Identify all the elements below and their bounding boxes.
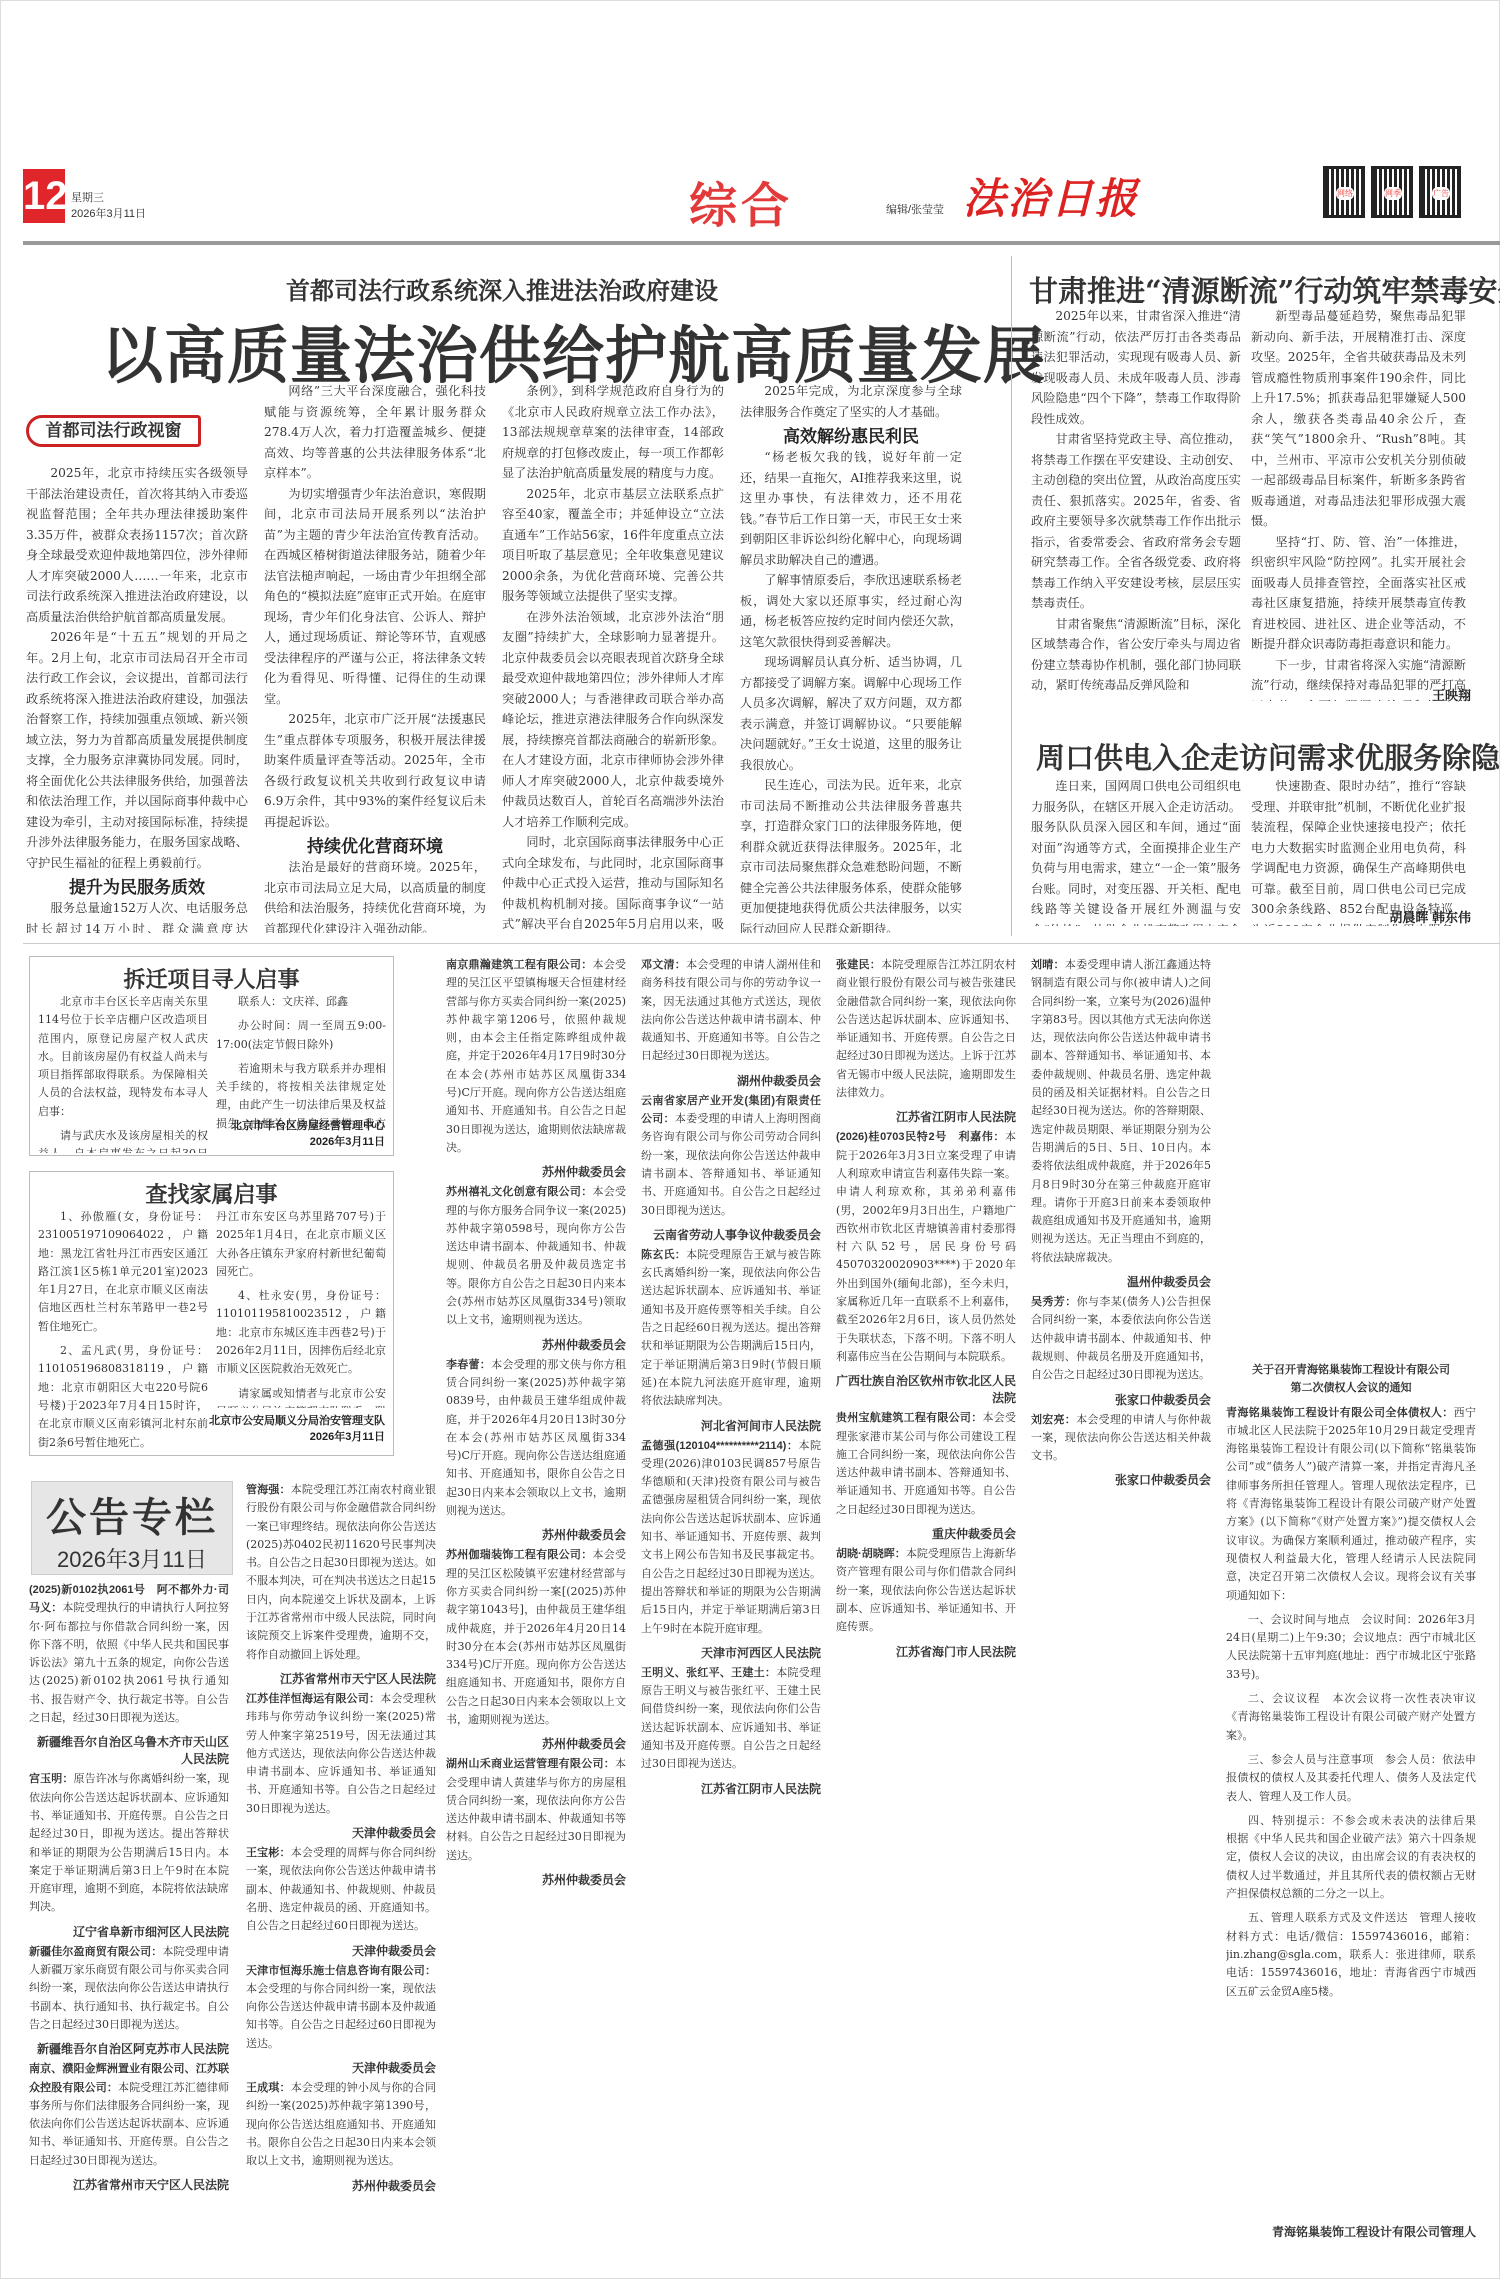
notice-addressee: 青海铭巢装饰工程设计有限公司全体债权人：	[1226, 1407, 1454, 1419]
zhoukou-column-2: 快速勘查、限时办结”，推行“容缺受理、并联审批”机制，不断优化业扩报装流程，保障…	[1251, 776, 1466, 926]
notice-addressee: 王明义、张红平、王建土：	[641, 1667, 776, 1679]
notice-signer: 苏州仲裁委员会	[446, 1871, 626, 1888]
notice-item: 湖州山禾商业运营管理有限公司：本会受理申请人黄建华与你方的房屋租赁合同纠纷一案，…	[446, 1755, 626, 1865]
qr-label: 网络	[1336, 187, 1354, 200]
notice-addressee: 吴秀芳：	[1031, 1296, 1077, 1308]
qr-code-icon[interactable]: 网络	[1323, 166, 1365, 218]
notice-item: 刘宏亮：本会受理的申请人与你仲裁一案，现依法向你公告送达相关仲裁文书。	[1031, 1411, 1211, 1466]
paragraph: 网络”三大平台深度融合，强化科技赋能与资源统筹，全年累计服务群众278.4万人次…	[264, 381, 486, 484]
article-subheading: 高效解纷惠民利民	[740, 422, 962, 447]
notice-addressee: 孟德强(120104**********2114)：	[641, 1440, 798, 1452]
notice-item: 王成琪：本会受理的钟小凤与你的合同纠纷一案(2025)苏仲裁字第1390号，现向…	[246, 2079, 436, 2170]
banner-title: 公告专栏	[32, 1486, 232, 1543]
paragraph: 丹江市东安区乌苏里路707号)于2025年1月4日，在北京市顺义区大孙各庄镇东尹…	[216, 1208, 386, 1281]
notice-body: 二、会议议程 本次会议将一次性表决审议《青海铭巢装饰工程设计有限公司破产财产处置…	[1226, 1690, 1476, 1745]
notice-signer: 天津仲裁委员会	[246, 1824, 436, 1841]
article-column-1: 2025年，北京市持续压实各级领导干部法治建设责任，首次将其纳入市委巡视监督范围…	[26, 463, 248, 933]
notice-item: 邓文清：本会受理的申请人湖州佳和商务科技有限公司与你的劳动争议一案，因无法通过其…	[641, 956, 821, 1066]
article-column-4: 2025年完成，为北京深度参与全球法律服务合作奠定了坚实的人才基础。 高效解纷惠…	[740, 381, 962, 933]
notice-item: (2026)桂0703民特2号 利嘉伟：本院于2026年3月3日立案受理了申请人…	[836, 1128, 1016, 1366]
notice-signer: 张家口仲裁委员会	[1031, 1391, 1211, 1408]
gansu-byline: 王映翔	[1371, 685, 1491, 704]
notice-signer: 辽宁省阜新市细河区人民法院	[29, 1923, 229, 1940]
notice-item: 管海强：本院受理江苏江南农村商业银行股份有限公司与你金融借款合同纠纷一案已审理终…	[246, 1481, 436, 1664]
notice-column-e: 张建民：本院受理原告江苏江阴农村商业银行股份有限公司与被告张建民金融借款合同纠纷…	[836, 956, 1016, 2271]
weekday: 星期三	[71, 189, 104, 205]
notice-title: 查找家属启事	[30, 1178, 393, 1209]
paragraph: 在涉外法治领域，北京涉外法治“朋友圈”持续扩大，全球影响力显著提升。北京仲裁委员…	[502, 607, 724, 833]
notice-addressee: 宫玉明：	[29, 1773, 73, 1785]
notice-addressee: 苏州禧礼文化创意有限公司：	[446, 1186, 592, 1198]
zhoukou-headline: 周口供电入企走访问需求优服务除隐患	[1036, 736, 1500, 777]
notice-addressee: 新疆佳尔盈商贸有限公司：	[29, 1946, 162, 1958]
newspaper-page: 12 星期三 2026年3月11日 综合 编辑/张莹莹 法治日报 网络 网季 广…	[0, 0, 1500, 2279]
notice-addressee: 管海强：	[246, 1484, 291, 1496]
notice-addressee: 王宝彬：	[246, 1847, 291, 1859]
paragraph: 民生连心，司法为民。近年来，北京市司法局不断推动公共法律服务普惠共享，打造群众家…	[740, 775, 962, 933]
notice-item: 苏州伽瑞装饰工程有限公司：本会受理的吴江区松陵镇平宏建材经营部与你方买卖合同纠纷…	[446, 1546, 626, 1729]
notice-body: 本会受理的吴江区松陵镇平宏建材经营部与你方买卖合同纠纷一案[(2025)苏仲裁字…	[446, 1548, 626, 1726]
banner-date: 2026年3月11日	[32, 1543, 232, 1574]
notice-signer: 温州仲裁委员会	[1031, 1273, 1211, 1290]
notice-title: 关于召开青海铭巢装饰工程设计有限公司	[1226, 1361, 1476, 1379]
notice-item: 江苏佳洋恒海运有限公司：本会受理秋玮玮与你劳动争议纠纷一案(2025)常劳人仲案…	[246, 1690, 436, 1818]
paragraph: 2025年完成，为北京深度参与全球法律服务合作奠定了坚实的人才基础。	[740, 381, 962, 422]
notice-body: 本院受理江苏江南农村商业银行股份有限公司与你金融借款合同纠纷一案已审理终结。现依…	[246, 1483, 436, 1661]
notice-item: 青海铭巢装饰工程设计有限公司全体债权人：西宁市城北区人民法院于2025年10月2…	[1226, 1404, 1476, 1605]
notice-item: 新疆佳尔盈商贸有限公司：本院受理申请人新疆万家乐商贸有限公司与你买卖合同纠纷一案…	[29, 1943, 229, 2034]
notice-body: 五、管理人联系方式及文件送达 管理人接收材料方式：电话/微信：155974360…	[1226, 1909, 1476, 2000]
notice-signer: 张家口仲裁委员会	[1031, 1471, 1211, 1488]
gansu-column-1: 2025年以来，甘肃省深入推进“清源断流”行动，依法严厉打击各类毒品违法犯罪活动…	[1031, 306, 1241, 701]
qinghai-creditors-notice: 关于召开青海铭巢装饰工程设计有限公司 第二次债权人会议的通知 青海铭巢装饰工程设…	[1226, 1361, 1476, 2231]
paragraph: 2025年，北京市广泛开展“法援惠民生”重点群体专项服务，积极开展法律援助案件质…	[264, 709, 486, 832]
paragraph: 新型毒品蔓延趋势，聚焦毒品犯罪新动向、新手法，开展精准打击、深度攻坚。2025年…	[1251, 306, 1466, 532]
paragraph: 同时，北京国际商事法律服务中心正式向全球发布，与此同时，北京国际商事仲裁中心正式…	[502, 832, 724, 933]
section-badge-label: 首都司法行政视窗	[29, 418, 198, 444]
paragraph: “杨老板欠我的钱，说好年前一定还，结果一直拖欠，AI推荐我来这里，说这里办事快，…	[740, 447, 962, 570]
notice-column: 1、孙傲雁(女，身份证号：231005197109064022，户籍地：黑龙江省…	[38, 1208, 208, 1453]
notice-signer: 湖州仲裁委员会	[641, 1072, 821, 1089]
signer-date: 2026年3月11日	[231, 1133, 385, 1149]
notice-body: 三、参会人员与注意事项 参会人员：依法申报债权的债权人及其委托代理人、债务人及法…	[1226, 1751, 1476, 1806]
notice-item: 刘晴：本委受理申请人浙江鑫通达特钢制造有限公司与你(被申请人)之间合同纠纷一案，…	[1031, 956, 1211, 1267]
notice-signer: 苏州仲裁委员会	[446, 1336, 626, 1353]
notice-item: 贵州宝航建筑工程有限公司：本会受理张家港市某公司与你公司建设工程施工合同纠纷一案…	[836, 1409, 1016, 1519]
masthead-logo: 法治日报	[963, 166, 1139, 226]
notice-body: 本会受理的那文侠与你方租赁合同纠纷一案(2025)苏仲裁字第0839号，由仲裁员…	[446, 1358, 626, 1517]
notice-body: 本会受理的与你方服务合同争议一案(2025)苏仲裁字第0598号，现向你方公告送…	[446, 1185, 626, 1326]
paragraph: 2025年，北京市基层立法联系点扩容至40家，覆盖全市；并延伸设立“立法直通车”…	[502, 484, 724, 607]
notice-addressee: 王成琪：	[246, 2082, 291, 2094]
paragraph: 请家属或知情者与北京市公安局顺义分局治安管理支队联系。联系人：刘警官，联系电话：…	[216, 1385, 386, 1408]
header-divider	[23, 241, 1500, 245]
notice-signer: 江苏省江阴市人民法院	[641, 1780, 821, 1797]
signer-date: 2026年3月11日	[209, 1428, 385, 1444]
qr-code-icon[interactable]: 网季	[1371, 166, 1413, 218]
paragraph: 北京市丰台区长辛店南关东里114号位于长辛店棚户区改造项目范围内，原登记房屋产权…	[38, 993, 208, 1121]
notice-addressee: 刘宏亮：	[1031, 1414, 1076, 1426]
notice-addressee: (2026)桂0703民特2号 利嘉伟：	[836, 1131, 1005, 1143]
notice-signer: 江苏省江阴市人民法院	[836, 1108, 1016, 1125]
article-subheading: 提升为民服务质效	[26, 873, 248, 898]
notice-item: 天津市恒海乐施士信息咨询有限公司：本会受理的与你合同纠纷一案，现依法向你公告送达…	[246, 1962, 436, 2053]
editor-credit: 编辑/张莹莹	[886, 201, 944, 217]
notice-column: 联系人：文庆祥、邱鑫 办公时间：周一至周五9:00-17:00(法定节假日除外)…	[216, 993, 386, 1133]
notice-item: 陈玄氏：本院受理原告王斌与被告陈玄氏离婚纠纷一案，现依法向你公告送达起诉状副本、…	[641, 1246, 821, 1411]
notice-body: 本会受理申请人黄建华与你方的房屋租赁合同纠纷一案，现依法向你方公告送达仲裁申请书…	[446, 1757, 626, 1861]
paragraph: 了解事情原委后，李欣迅速联系杨老板，调处大家以还原事实，经过耐心沟通，杨老板答应…	[740, 570, 962, 652]
qinghai-signer: 青海铭巢装饰工程设计有限公司管理人	[1226, 2223, 1476, 2240]
notice-addressee: 张建民：	[836, 959, 881, 971]
notice-body: 本院受理原告王明义与被告张红平、王建土民间借贷纠纷一案，现依法向你们公告送达起诉…	[641, 1666, 821, 1770]
notice-addressee: 陈玄氏：	[641, 1249, 686, 1261]
paragraph: 请与武庆水及该房屋相关的权益人，自本启事发布之日起30日内，携带本人有效身份证明…	[38, 1127, 208, 1153]
notice-addressee: 胡晓·胡晓晖：	[836, 1548, 906, 1560]
paragraph: 为切实增强青少年法治意识，寒假期间，北京市司法局开展系列以“法治护苗”为主题的青…	[264, 484, 486, 710]
qr-code-icon[interactable]: 广告	[1419, 166, 1461, 218]
notice-signer: 北京市公安局顺义分局治安管理支队 2026年3月11日	[209, 1412, 385, 1444]
paragraph: 坚持“打、防、管、治”一体推进，织密织牢风险“防控网”。扎实开展社会面吸毒人员排…	[1251, 532, 1466, 655]
notice-signer: 天津仲裁委员会	[246, 1942, 436, 1959]
notice-body: 本院受理原告王斌与被告陈玄氏离婚纠纷一案，现依法向你公告送达起诉状副本、应诉通知…	[641, 1248, 821, 1407]
page-number: 12	[23, 169, 65, 223]
notice-addressee: 刘晴：	[1031, 959, 1065, 971]
notice-signer: 江苏省常州市天宁区人民法院	[246, 1670, 436, 1687]
notice-body: 本会受理的与你合同纠纷一案，现依法向你公告送达仲裁申请书副本及仲裁通知书等。自公…	[246, 1982, 436, 2050]
column-divider	[1011, 256, 1012, 936]
notice-signer: 云南省劳动人事争议仲裁委员会	[641, 1226, 821, 1243]
notice-item: 苏州禧礼文化创意有限公司：本会受理的与你方服务合同争议一案(2025)苏仲裁字第…	[446, 1183, 626, 1329]
notice-addressee: 李春蕾：	[446, 1359, 491, 1371]
notice-body: 本院于2026年3月3日立案受理了申请人利琼欢申请宣告利嘉伟失踪一案。申请人利琼…	[836, 1130, 1016, 1363]
notice-signer: 天津仲裁委员会	[246, 2059, 436, 2076]
notice-column-f: 刘晴：本委受理申请人浙江鑫通达特钢制造有限公司与你(被申请人)之间合同纠纷一案，…	[1031, 956, 1211, 2271]
notice-body: 本院受理(2026)津0103民调857号原告华德顺和(天津)投资有限公司与被告…	[641, 1439, 821, 1635]
notice-item: (2025)新0102执2061号 阿不都外力·司马义：本院受理执行的申请执行人…	[29, 1581, 229, 1727]
notice-addressee: 江苏佳洋恒海运有限公司：	[246, 1693, 380, 1705]
notice-signer: 苏州仲裁委员会	[446, 1735, 626, 1752]
notice-column-a: (2025)新0102执2061号 阿不都外力·司马义：本院受理执行的申请执行人…	[29, 1581, 229, 2271]
notice-signer: 天津市河西区人民法院	[641, 1644, 821, 1661]
notice-signer: 江苏省海门市人民法院	[836, 1643, 1016, 1660]
notice-body: 原告许冰与你离婚纠纷一案，现依法向你公告送达起诉状副本、应诉通知书、举证通知书、…	[29, 1772, 229, 1913]
notice-signer: 苏州仲裁委员会	[246, 2177, 436, 2194]
notice-addressee: 湖州山禾商业运营管理有限公司：	[446, 1758, 615, 1770]
notice-signer: 新疆维吾尔自治区阿克苏市人民法院	[29, 2040, 229, 2057]
paragraph: 2025年以来，甘肃省深入推进“清源断流”行动，依法严厉打击各类毒品违法犯罪活动…	[1031, 306, 1241, 429]
article-subheading: 持续优化营商环境	[264, 832, 486, 857]
paragraph: 4、杜永安(男，身份证号：110101195810023512，户籍地：北京市东…	[216, 1287, 386, 1378]
notice-column-d: 邓文清：本会受理的申请人湖州佳和商务科技有限公司与你的劳动争议一案，因无法通过其…	[641, 956, 821, 2271]
paragraph: 条例》，到科学规范政府自身行为的《北京市人民政府规章立法工作办法》，13部法规规…	[502, 381, 724, 484]
notice-column: 丹江市东安区乌苏里路707号)于2025年1月4日，在北京市顺义区大孙各庄镇东尹…	[216, 1208, 386, 1408]
notice-item: 南京鼎瀚建筑工程有限公司：本会受理的吴江区平望镇梅堰天合恒建材经营部与你方买卖合…	[446, 956, 626, 1157]
notice-addressee: 天津市恒海乐施士信息咨询有限公司：	[246, 1965, 436, 1977]
notice-item: 李春蕾：本会受理的那文侠与你方租赁合同纠纷一案(2025)苏仲裁字第0839号，…	[446, 1356, 626, 1521]
notice-signer: 苏州仲裁委员会	[446, 1163, 626, 1180]
notice-item: 王宝彬：本会受理的周辉与你合同纠纷一案，现依法向你公告送达仲裁申请书副本、仲裁通…	[246, 1844, 436, 1935]
notice-body: 一、会议时间与地点 会议时间：2026年3月24日(星期二)上午9:30；会议地…	[1226, 1611, 1476, 1684]
notice-signer: 北京市丰台区房屋经营管理中心 2026年3月11日	[231, 1117, 385, 1149]
article-column-3: 条例》，到科学规范政府自身行为的《北京市人民政府规章立法工作办法》，13部法规规…	[502, 381, 724, 933]
notice-signer: 江苏省常州市天宁区人民法院	[29, 2176, 229, 2193]
paragraph: 连日来，国网周口供电公司组织电力服务队，在辖区开展入企走访活动。服务队队员深入园…	[1031, 776, 1241, 926]
notice-item: 南京、濮阳金辉洲置业有限公司、江苏联众控股有限公司：本院受理江苏汇德律师事务所与…	[29, 2060, 229, 2170]
notice-body: 本院受理原告江苏江阴农村商业银行股份有限公司与被告张建民金融借款合同纠纷一案，现…	[836, 958, 1016, 1099]
notice-addressee: 邓文清：	[641, 959, 686, 971]
notice-signer: 重庆仲裁委员会	[836, 1525, 1016, 1542]
notice-body: 本会受理张家港市某公司与你公司建设工程施工合同纠纷一案，现依法向你公告送达仲裁申…	[836, 1411, 1016, 1515]
zhoukou-byline: 胡晨晖 韩东伟	[1341, 907, 1491, 926]
notice-addressee: 苏州伽瑞装饰工程有限公司：	[446, 1549, 592, 1561]
paragraph: 服务总量逾152万人次、电话服务总时长超过14万小时、群众满意度达99.7%………	[26, 898, 248, 933]
family-search-notice: 查找家属启事 1、孙傲雁(女，身份证号：231005197109064022，户…	[29, 1171, 394, 1456]
announcement-column-banner: 公告专栏 2026年3月11日	[31, 1481, 233, 1575]
article-column-2: 网络”三大平台深度融合，强化科技赋能与资源统筹，全年累计服务群众278.4万人次…	[264, 381, 486, 933]
notice-column-b: 管海强：本院受理江苏江南农村商业银行股份有限公司与你金融借款合同纠纷一案已审理终…	[246, 1481, 436, 2271]
notice-body: 四、特别提示：不参会或未表决的法律后果 根据《中华人民共和国企业破产法》第六十四…	[1226, 1812, 1476, 1903]
notice-body: 本院受理执行的申请执行人阿拉努尔·阿布都拉与你借款合同纠纷一案，因你下落不明，依…	[29, 1601, 229, 1724]
paragraph: 2026年是“十五五”规划的开局之年。2月上旬，北京市司法局召开全市司法行政工作…	[26, 627, 248, 873]
demolition-notice: 拆迁项目寻人启事 北京市丰台区长辛店南关东里114号位于长辛店棚户区改造项目范围…	[29, 956, 394, 1156]
notice-body: 本委受理的申请人上海明图商务咨询有限公司与你公司劳动合同纠纷一案，现依法向你公告…	[641, 1112, 821, 1216]
section-badge: 首都司法行政视窗	[26, 415, 201, 447]
notice-title: 拆迁项目寻人启事	[30, 963, 393, 994]
notice-item: 宫玉明：原告许冰与你离婚纠纷一案，现依法向你公告送达起诉状副本、应诉通知书、举证…	[29, 1770, 229, 1916]
section-title: 综合	[689, 167, 793, 236]
paragraph: 1、孙傲雁(女，身份证号：231005197109064022，户籍地：黑龙江省…	[38, 1208, 208, 1336]
paragraph: 甘肃省坚持党政主导、高位推动，将禁毒工作摆在平安建设、主动创安、主动创稳的突出位…	[1031, 429, 1241, 614]
qr-label: 网季	[1384, 187, 1402, 200]
paragraph: 甘肃省聚焦“清源断流”目标，深化区域禁毒合作，省公安厅牵头与周边省份建立禁毒协作…	[1031, 614, 1241, 696]
gansu-column-2: 新型毒品蔓延趋势，聚焦毒品犯罪新动向、新手法，开展精准打击、深度攻坚。2025年…	[1251, 306, 1466, 701]
notice-item: 张建民：本院受理原告江苏江阴农村商业银行股份有限公司与被告张建民金融借款合同纠纷…	[836, 956, 1016, 1102]
notice-item: 云南省家居产业开发(集团)有限责任公司：本委受理的申请人上海明图商务咨询有限公司…	[641, 1092, 821, 1220]
article-kicker: 首都司法行政系统深入推进法治政府建设	[286, 271, 718, 306]
signer-name: 北京市丰台区房屋经营管理中心	[231, 1117, 385, 1133]
paragraph: 快速勘查、限时办结”，推行“容缺受理、并联审批”机制，不断优化业扩报装流程，保障…	[1251, 776, 1466, 926]
qr-label: 广告	[1432, 187, 1450, 200]
zhoukou-column-1: 连日来，国网周口供电公司组织电力服务队，在辖区开展入企走访活动。服务队队员深入园…	[1031, 776, 1241, 926]
paragraph: 2、孟凡武(男，身份证号：110105196808318119，户籍地：北京市朝…	[38, 1342, 208, 1452]
paragraph: 法治是最好的营商环境。2025年，北京市司法局立足大局，以高质量的制度供给和法治…	[264, 857, 486, 933]
section-divider	[23, 943, 1500, 944]
issue-date: 2026年3月11日	[71, 205, 146, 221]
notice-title: 第二次债权人会议的通知	[1226, 1379, 1476, 1397]
notice-body: 本会受理秋玮玮与你劳动争议纠纷一案(2025)常劳人仲案字第2519号，因无法通…	[246, 1692, 436, 1815]
notice-signer: 广西壮族自治区钦州市钦北区人民法院	[836, 1372, 1016, 1406]
notice-column-c: 南京鼎瀚建筑工程有限公司：本会受理的吴江区平望镇梅堰天合恒建材经营部与你方买卖合…	[446, 956, 626, 2271]
notice-column: 北京市丰台区长辛店南关东里114号位于长辛店棚户区改造项目范围内，原登记房屋产权…	[38, 993, 208, 1153]
paragraph: 2025年，北京市持续压实各级领导干部法治建设责任，首次将其纳入市委巡视监督范围…	[26, 463, 248, 627]
notice-body: 本会受理的申请人湖州佳和商务科技有限公司与你的劳动争议一案，因无法通过其他方式送…	[641, 958, 821, 1062]
notice-addressee: 南京鼎瀚建筑工程有限公司：	[446, 959, 592, 971]
notice-item: 王明义、张红平、王建土：本院受理原告王明义与被告张红平、王建土民间借贷纠纷一案，…	[641, 1664, 821, 1774]
notice-signer: 新疆维吾尔自治区乌鲁木齐市天山区人民法院	[29, 1733, 229, 1767]
paragraph: 现场调解员认真分析、适当协调，几方都接受了调解方案。调解中心现场工作人员多次调解…	[740, 652, 962, 775]
notice-body: 本会受理的吴江区平望镇梅堰天合恒建材经营部与你方买卖合同纠纷一案(2025)苏仲…	[446, 958, 626, 1154]
gansu-headline: 甘肃推进“清源断流”行动筑牢禁毒安全屏障	[1029, 269, 1500, 310]
notice-item: 孟德强(120104**********2114)：本院受理(2026)津010…	[641, 1437, 821, 1638]
paragraph: 办公时间：周一至周五9:00-17:00(法定节假日除外)	[216, 1017, 386, 1054]
notice-signer: 河北省河间市人民法院	[641, 1417, 821, 1434]
notice-item: 吴秀芳：你与李某(债务人)公告担保合同纠纷一案，本委依法向你公告送达仲裁申请书副…	[1031, 1293, 1211, 1384]
notice-addressee: 贵州宝航建筑工程有限公司：	[836, 1412, 982, 1424]
notice-signer: 苏州仲裁委员会	[446, 1526, 626, 1543]
notice-body: 本委受理申请人浙江鑫通达特钢制造有限公司与你(被申请人)之间合同纠纷一案，立案号…	[1031, 958, 1211, 1264]
signer-name: 北京市公安局顺义分局治安管理支队	[209, 1412, 385, 1428]
paragraph: 联系人：文庆祥、邱鑫	[216, 993, 386, 1011]
notice-item: 胡晓·胡晓晖：本院受理原告上海新华资产管理有限公司与你们借款合同纠纷一案，现依法…	[836, 1545, 1016, 1636]
notice-body: 西宁市城北区人民法院于2025年10月29日裁定受理青海铭巢装饰工程设计有限公司…	[1226, 1406, 1476, 1602]
